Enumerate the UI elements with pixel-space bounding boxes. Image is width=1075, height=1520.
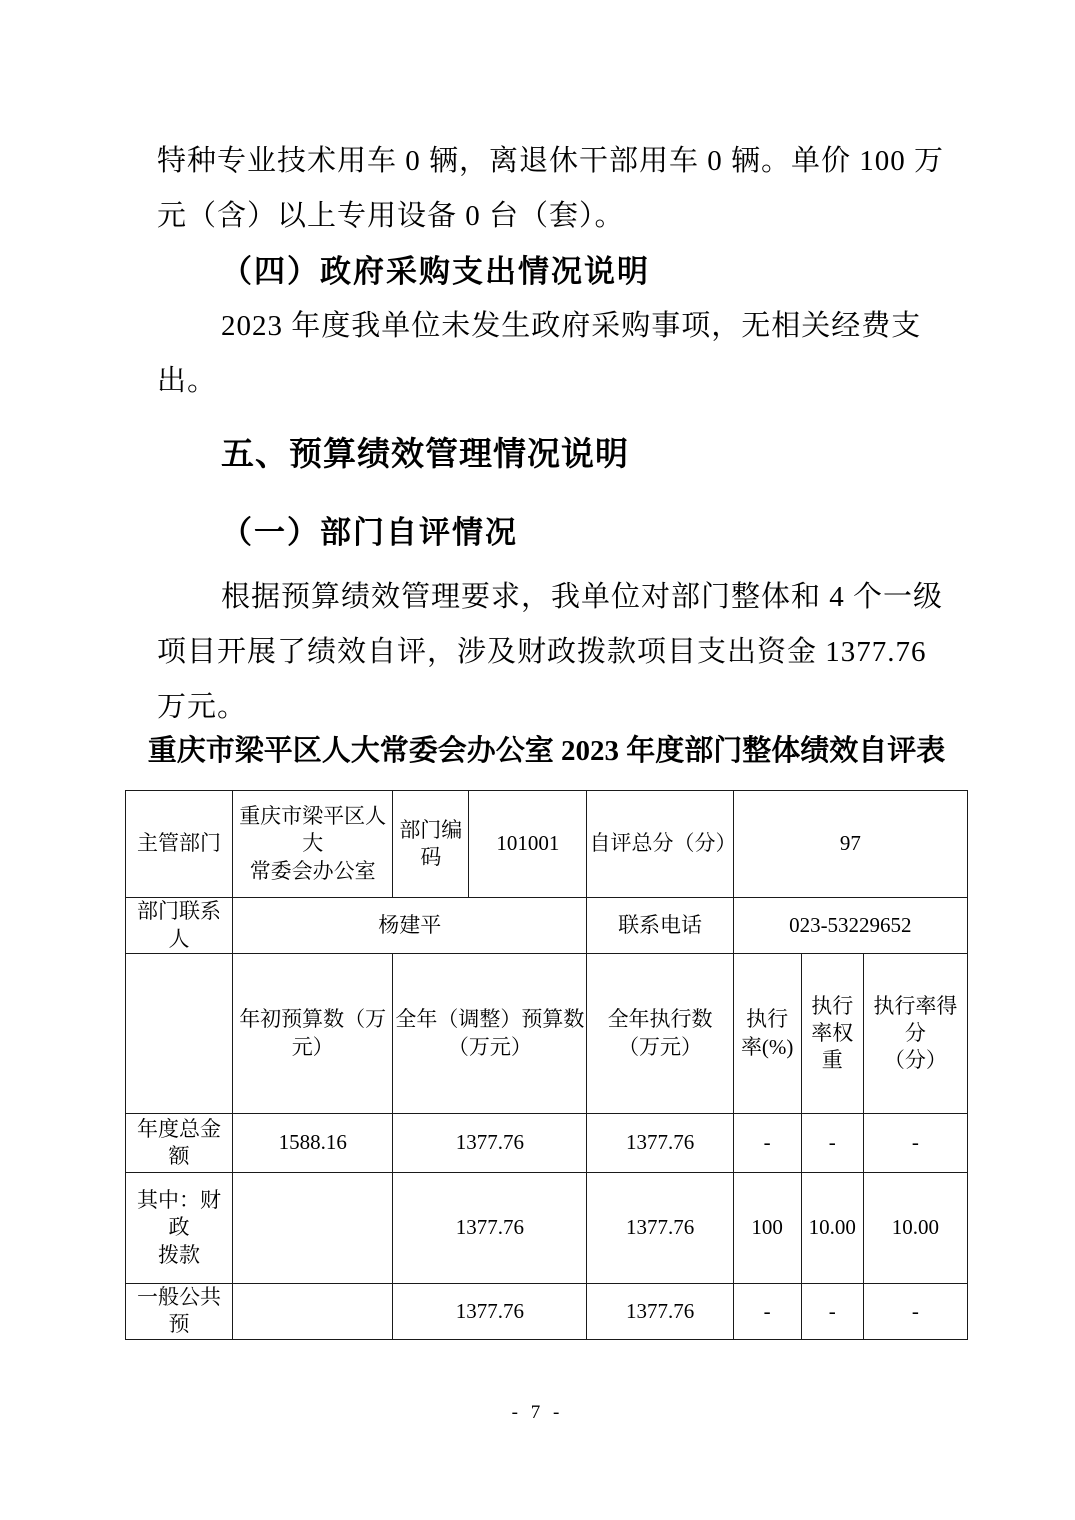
para-vehicles-line1: 特种专业技术用车 0 辆，离退休干部用车 0 辆。单价 100 万: [157, 134, 927, 189]
cell-row1-label: 其中：财政 拨款: [126, 1173, 233, 1284]
para-procurement-line2: 出。: [157, 354, 927, 409]
cell-phone-label: 联系电话: [587, 898, 733, 954]
cell-header-initial-budget: 年初预算数（万元）: [233, 954, 393, 1114]
self-evaluation-table: 主管部门 重庆市梁平区人大 常委会办公室 部门编 码 101001 自评总分（分…: [125, 790, 968, 1340]
heading-performance-mgmt: 五、预算绩效管理情况说明: [157, 426, 927, 481]
cell-row2-label: 一般公共预: [126, 1284, 233, 1340]
para-procurement-line1: 2023 年度我单位未发生政府采购事项，无相关经费支: [157, 299, 927, 354]
cell-header-exec-rate: 执行 率(%): [733, 954, 801, 1114]
cell-dept-code-label: 部门编 码: [393, 791, 469, 898]
para-selfeval-line1: 根据预算绩效管理要求，我单位对部门整体和 4 个一级: [157, 570, 927, 625]
cell-self-score-value: 97: [733, 791, 967, 898]
cell-row1-weight: 10.00: [801, 1173, 863, 1284]
document-page: 特种专业技术用车 0 辆，离退休干部用车 0 辆。单价 100 万 元（含）以上…: [0, 0, 1075, 1520]
cell-header-adjusted-budget: 全年（调整）预算数 （万元）: [393, 954, 587, 1114]
cell-dept-code-value: 101001: [469, 791, 587, 898]
table-row-contact: 部门联系人 杨建平 联系电话 023-53229652: [126, 898, 968, 954]
cell-row1-adjusted: 1377.76: [393, 1173, 587, 1284]
cell-row2-adjusted: 1377.76: [393, 1284, 587, 1340]
cell-row2-initial: [233, 1284, 393, 1340]
para-selfeval-line2: 项目开展了绩效自评，涉及财政拨款项目支出资金 1377.76: [157, 625, 927, 680]
cell-row2-rate: -: [733, 1284, 801, 1340]
cell-row1-rate: 100: [733, 1173, 801, 1284]
cell-row1-score: 10.00: [863, 1173, 967, 1284]
table-row-fiscal-allocation: 其中：财政 拨款 1377.76 1377.76 100 10.00 10.00: [126, 1173, 968, 1284]
table-row-supervisor: 主管部门 重庆市梁平区人大 常委会办公室 部门编 码 101001 自评总分（分…: [126, 791, 968, 898]
table-title: 重庆市梁平区人大常委会办公室 2023 年度部门整体绩效自评表: [125, 724, 968, 779]
cell-row0-score: -: [863, 1114, 967, 1173]
para-vehicles-line2: 元（含）以上专用设备 0 台（套）。: [157, 189, 927, 244]
cell-row1-initial: [233, 1173, 393, 1284]
cell-row0-initial: 1588.16: [233, 1114, 393, 1173]
table-row-general-public-budget: 一般公共预 1377.76 1377.76 - - -: [126, 1284, 968, 1340]
cell-row2-executed: 1377.76: [587, 1284, 733, 1340]
cell-row0-weight: -: [801, 1114, 863, 1173]
cell-supervisor-label: 主管部门: [126, 791, 233, 898]
page-number: - 7 -: [0, 1402, 1075, 1424]
cell-header-blank: [126, 954, 233, 1114]
cell-phone-value: 023-53229652: [733, 898, 967, 954]
cell-supervisor-value: 重庆市梁平区人大 常委会办公室: [233, 791, 393, 898]
heading-gov-procurement: （四）政府采购支出情况说明: [157, 244, 927, 299]
cell-header-exec-rate-weight: 执行 率权 重: [801, 954, 863, 1114]
cell-header-exec-rate-score: 执行率得分 （分）: [863, 954, 967, 1114]
cell-row2-weight: -: [801, 1284, 863, 1340]
cell-row1-executed: 1377.76: [587, 1173, 733, 1284]
cell-header-executed: 全年执行数 （万元）: [587, 954, 733, 1114]
table-row-annual-total: 年度总金额 1588.16 1377.76 1377.76 - - -: [126, 1114, 968, 1173]
cell-row0-executed: 1377.76: [587, 1114, 733, 1173]
cell-row0-rate: -: [733, 1114, 801, 1173]
table-row-headers: 年初预算数（万元） 全年（调整）预算数 （万元） 全年执行数 （万元） 执行 率…: [126, 954, 968, 1114]
cell-row2-score: -: [863, 1284, 967, 1340]
cell-contact-label: 部门联系人: [126, 898, 233, 954]
cell-row0-label: 年度总金额: [126, 1114, 233, 1173]
heading-self-eval: （一）部门自评情况: [157, 505, 927, 560]
cell-self-score-label: 自评总分（分）: [587, 791, 733, 898]
cell-contact-value: 杨建平: [233, 898, 587, 954]
cell-row0-adjusted: 1377.76: [393, 1114, 587, 1173]
